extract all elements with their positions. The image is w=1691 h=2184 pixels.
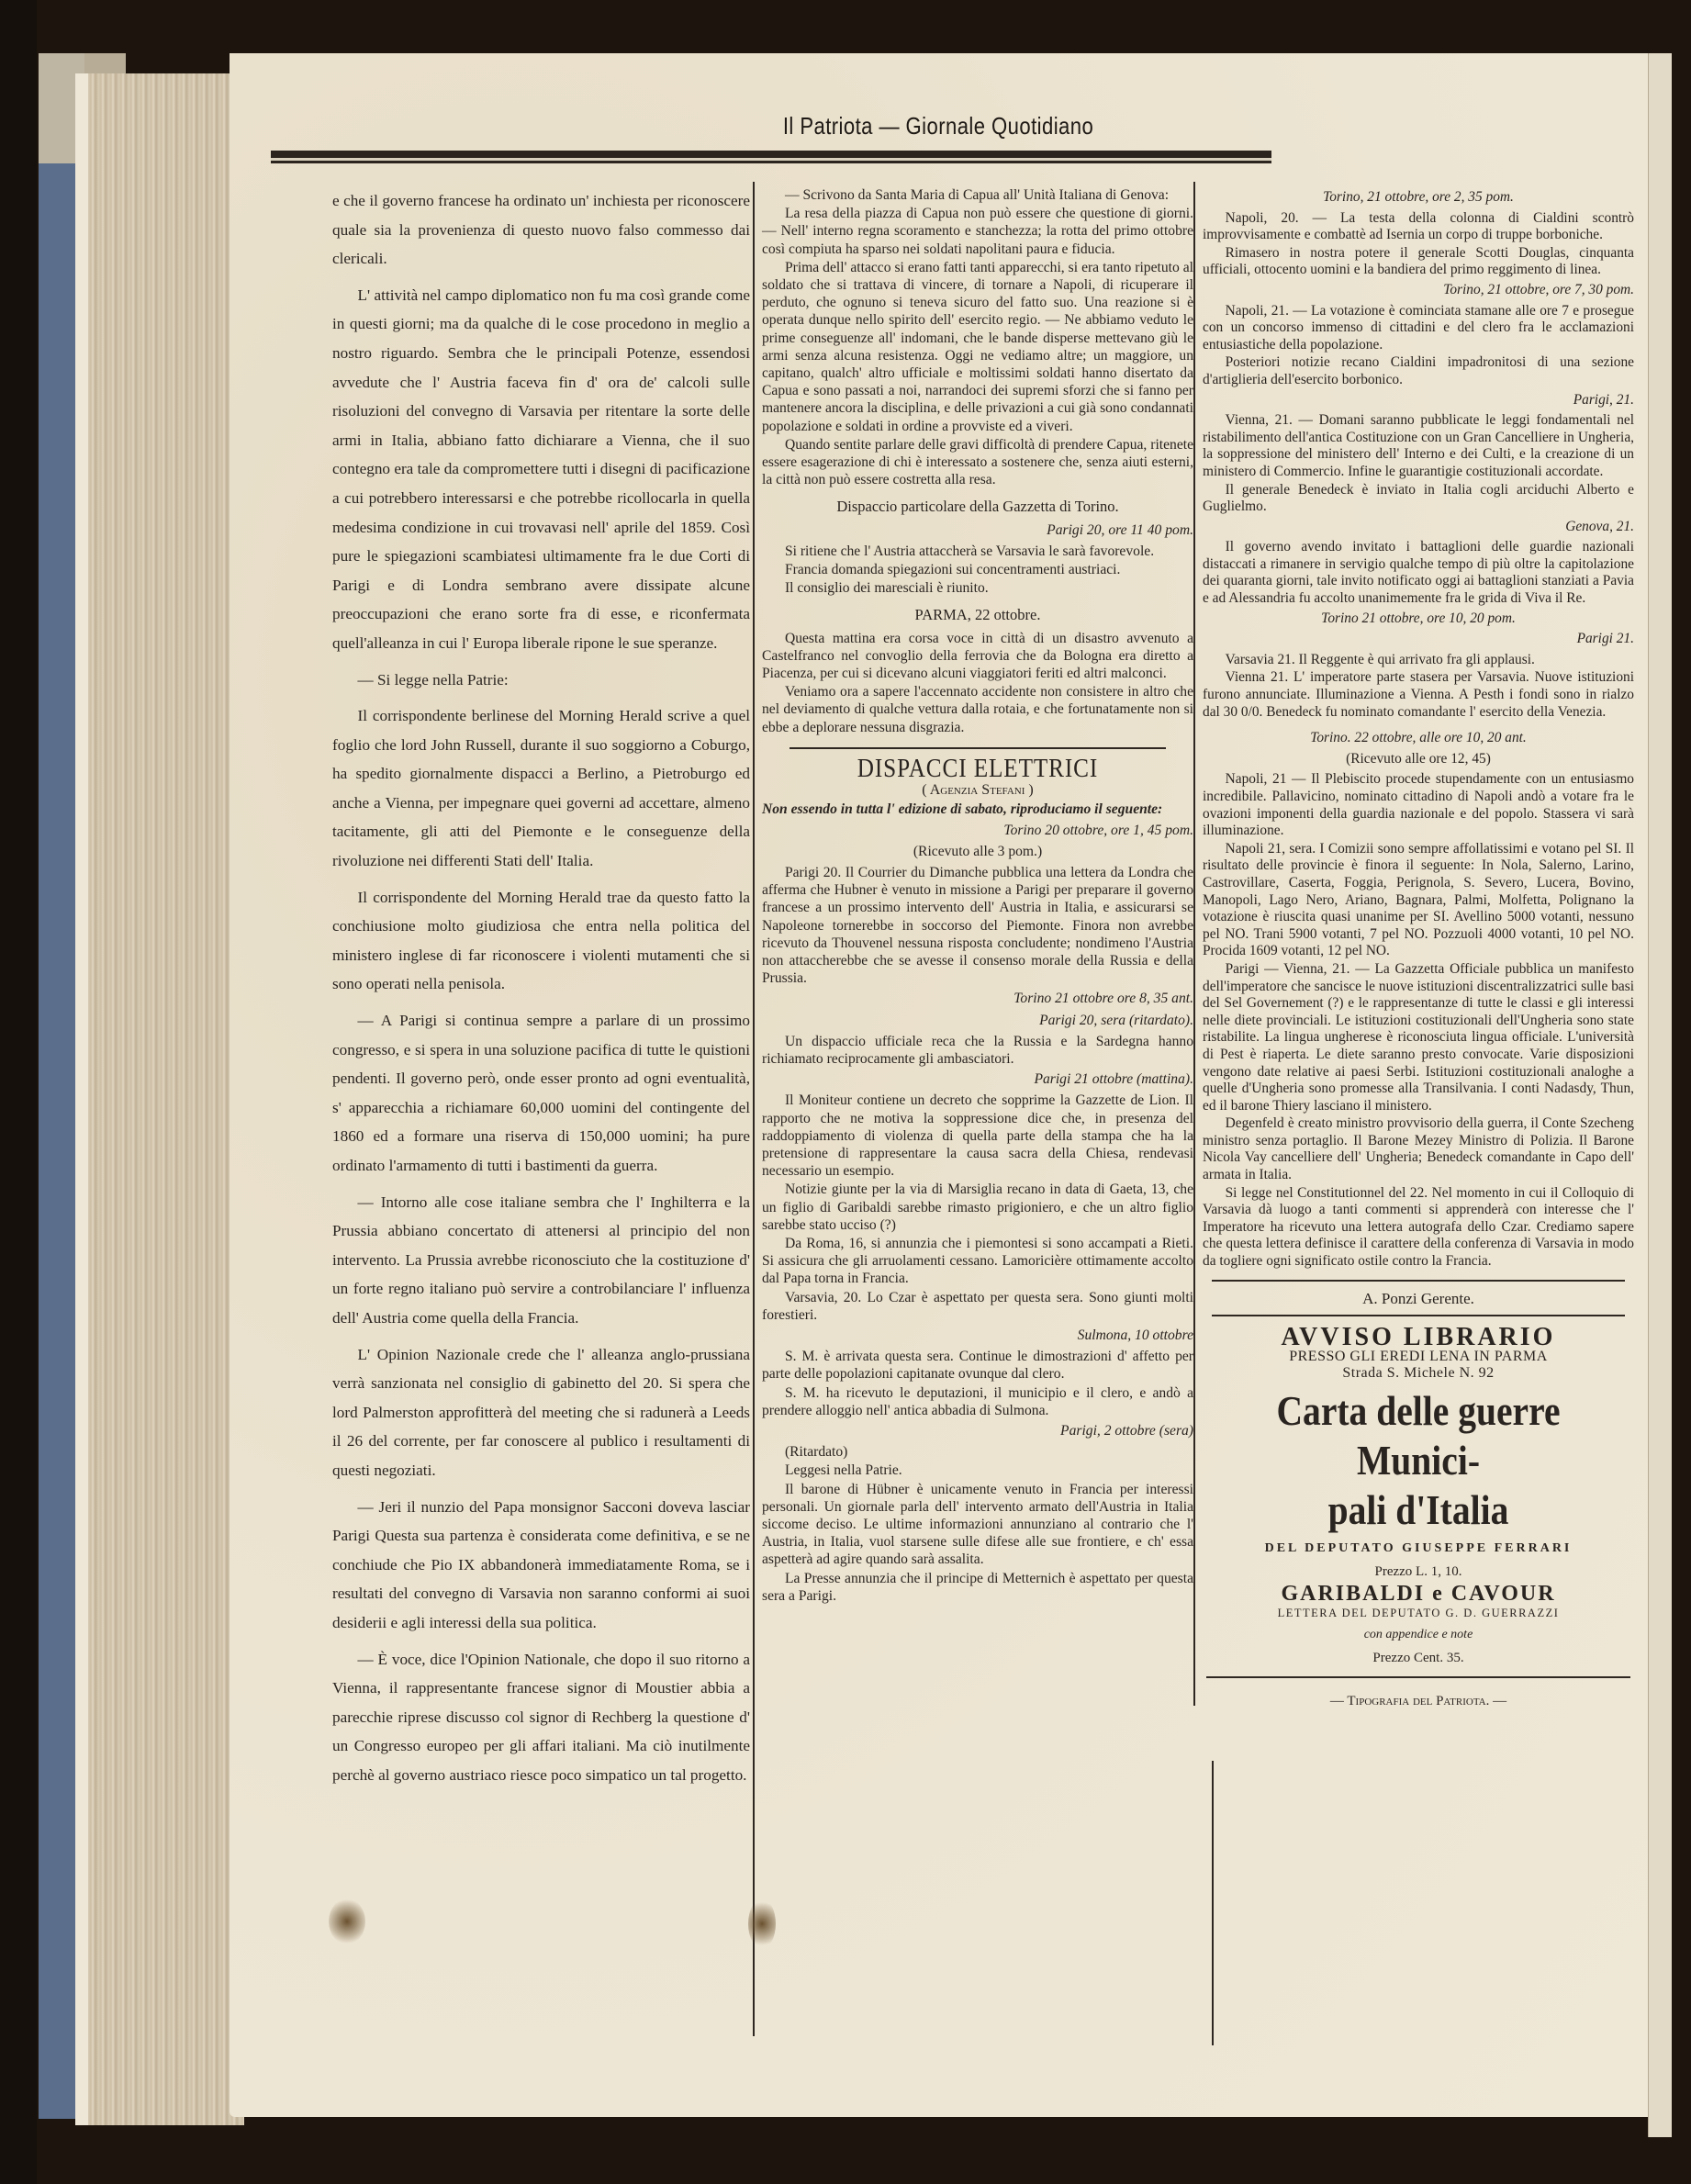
column-left: e che il governo francese ha ordinato un… [332,186,750,1797]
ad-book1-author: DEL DEPUTATO GIUSEPPE FERRARI [1203,1540,1634,1558]
paragraph: Vienna, 21. — Domani saranno pubblicate … [1203,412,1634,480]
paragraph: (Ritardato) [762,1443,1193,1461]
page-right-edge [1648,53,1672,2137]
dateline: Torino 20 ottobre, ore 1, 45 pom. [762,822,1193,839]
paragraph: Il consiglio dei maresciali è riunito. [762,579,1193,597]
paragraph: — Intorno alle cose italiane sembra che … [332,1188,750,1333]
dateline: Parigi 21. [1203,631,1634,648]
agency-label: ( Agenzia Stefani ) [762,781,1193,799]
dateline: Parigi 20, ore 11 40 pom. [762,521,1193,539]
received-note: (Ricevuto alle 3 pom.) [762,843,1193,860]
paragraph: Varsavia, 20. Lo Czar è aspettato per qu… [762,1289,1193,1324]
paragraph: Il barone di Hübner è unicamente venuto … [762,1481,1193,1569]
section-rule [1206,1676,1630,1678]
paragraph: S. M. è arrivata questa sera. Continue l… [762,1348,1193,1383]
paragraph: L' Opinion Nazionale crede che l' allean… [332,1340,750,1485]
paragraph: Degenfeld è creato ministro provvisorio … [1203,1115,1634,1183]
received-note: (Ricevuto alle ore 12, 45) [1203,751,1634,768]
paragraph: Rimasero in nostra potere il generale Sc… [1203,245,1634,279]
dateline: Torino 21 ottobre ore 8, 35 ant. [762,990,1193,1007]
paragraph: Il corrispondente del Morning Herald tra… [332,883,750,999]
column-middle: — Scrivono da Santa Maria di Capua all' … [762,186,1193,1606]
paragraph: Prima dell' attacco si erano fatti tanti… [762,259,1193,435]
page-header: Il Patriota — Giornale Quotidiano [230,112,1648,140]
dispacci-elettrici-heading: DISPACCI ELETTRICI [784,760,1172,778]
paragraph: — A Parigi si continua sempre a parlare … [332,1006,750,1181]
paragraph: Quando sentite parlare delle gravi diffi… [762,436,1193,489]
section-rule [1212,1280,1625,1282]
paragraph: Varsavia 21. Il Reggente è qui arrivato … [1203,652,1634,669]
gerente-signature: A. Ponzi Gerente. [1203,1291,1634,1308]
paragraph: — È voce, dice l'Opinion Nationale, che … [332,1645,750,1790]
section-rule [1212,1315,1625,1316]
column-divider [1193,182,1195,1706]
paragraph: Napoli, 21. — La votazione è cominciata … [1203,303,1634,354]
column-divider [753,182,755,2036]
paragraph: Leggesi nella Patrie. [762,1462,1193,1479]
dateline: Torino. 22 ottobre, alle ore 10, 20 ant. [1203,730,1634,747]
dateline: Torino 21 ottobre, ore 10, 20 pom. [1203,610,1634,628]
paragraph: Notizie giunte per la via di Marsiglia r… [762,1181,1193,1234]
paragraph: Un dispaccio ufficiale reca che la Russi… [762,1033,1193,1068]
ink-stain [748,1898,776,1949]
ad-book1-title: Carta delle guerre Munici- pali d'Italia [1233,1386,1604,1535]
paragraph: Il corrispondente berlinese del Morning … [332,701,750,876]
paragraph: Napoli, 21 — Il Plebiscito procede stupe… [1203,771,1634,839]
ink-stain [329,1898,365,1944]
ad-book2-price: Prezzo Cent. 35. [1203,1650,1634,1667]
dateline: Parigi, 2 ottobre (sera) [762,1422,1193,1439]
ad-book2-author: LETTERA DEL DEPUTATO G. D. GUERRAZZI [1203,1605,1634,1622]
ad-address: Strada S. Michele N. 92 [1203,1365,1634,1383]
capua-intro: — Scrivono da Santa Maria di Capua all' … [762,186,1193,204]
newspaper-page: Il Patriota — Giornale Quotidiano e che … [230,53,1648,2117]
paragraph: Parigi — Vienna, 21. — La Gazzetta Offic… [1203,961,1634,1114]
paragraph: Da Roma, 16, si annunzia che i piemontes… [762,1235,1193,1288]
ad-book1-title-line1: Carta delle guerre Munici- [1233,1386,1604,1485]
paragraph: Francia domanda spiegazioni sui concentr… [762,561,1193,578]
column-right: Torino, 21 ottobre, ore 2, 35 pom. Napol… [1203,186,1634,1709]
ad-title: AVVISO LIBRARIO [1203,1329,1634,1347]
paragraph: Vienna 21. L' imperatore parte stasera p… [1203,669,1634,721]
paragraph: Napoli, 20. — La testa della colonna di … [1203,210,1634,244]
dateline: Genova, 21. [1203,519,1634,536]
dateline: Sulmona, 10 ottobre [762,1327,1193,1344]
masthead-title: Il Patriota — Giornale Quotidiano [783,112,1093,140]
book-advertisement: AVVISO LIBRARIO PRESSO GLI EREDI LENA IN… [1203,1329,1634,1709]
paragraph: Il generale Benedeck è inviato in Italia… [1203,482,1634,516]
paragraph: e che il governo francese ha ordinato un… [332,186,750,274]
ad-book2-title: GARIBALDI e CAVOUR [1203,1585,1634,1603]
ad-book1-title-line2: pali d'Italia [1233,1485,1604,1535]
gazzetta-heading: Dispaccio particolare della Gazzetta di … [762,498,1193,515]
paragraph: — Si legge nella Patrie: [332,666,750,695]
paragraph: Il Moniteur contiene un decreto che sopp… [762,1092,1193,1180]
dateline: Parigi, 21. [1203,392,1634,409]
paragraph: Parigi 20. Il Courrier du Dimanche pubbl… [762,864,1193,987]
paragraph: Questa mattina era corsa voce in città d… [762,630,1193,683]
intro-note: Non essendo in tutta l' edizione di saba… [762,801,1193,818]
paragraph: S. M. ha ricevuto le deputazioni, il mun… [762,1384,1193,1419]
paragraph: Posteriori notizie recano Cialdini impad… [1203,354,1634,388]
ad-book1-price: Prezzo L. 1, 10. [1203,1563,1634,1581]
page-stack-edges [75,73,244,2125]
dateline: Parigi 21 ottobre (mattina). [762,1070,1193,1088]
paragraph: — Jeri il nunzio del Papa monsignor Sacc… [332,1493,750,1638]
column-divider [1212,1761,1214,2045]
dateline: Torino, 21 ottobre, ore 2, 35 pom. [1203,189,1634,207]
paragraph: L' attività nel campo diplomatico non fu… [332,281,750,658]
ad-book2-note: con appendice e note [1203,1627,1634,1644]
paragraph: La Presse annunzia che il principe di Me… [762,1570,1193,1605]
paragraph: Il governo avendo invitato i battaglioni… [1203,539,1634,607]
dateline: Torino, 21 ottobre, ore 7, 30 pom. [1203,282,1634,299]
section-rule [790,747,1166,749]
header-rule [271,151,1271,161]
ad-publisher: PRESSO GLI EREDI LENA IN PARMA [1203,1349,1634,1366]
paragraph: Si ritiene che l' Austria attaccherà se … [762,543,1193,560]
dateline: Parigi 20, sera (ritardato). [762,1012,1193,1029]
paragraph: Veniamo ora a sapere l'accennato acciden… [762,683,1193,736]
parma-heading: PARMA, 22 ottobre. [762,606,1193,623]
paragraph: Napoli 21, sera. I Comizii sono sempre a… [1203,841,1634,960]
scan-backdrop [0,0,37,2184]
printer-imprint: — Tipografia del Patriota. — [1203,1693,1634,1710]
paragraph: Si legge nel Constitutionnel del 22. Nel… [1203,1185,1634,1271]
paragraph: La resa della piazza di Capua non può es… [762,205,1193,258]
